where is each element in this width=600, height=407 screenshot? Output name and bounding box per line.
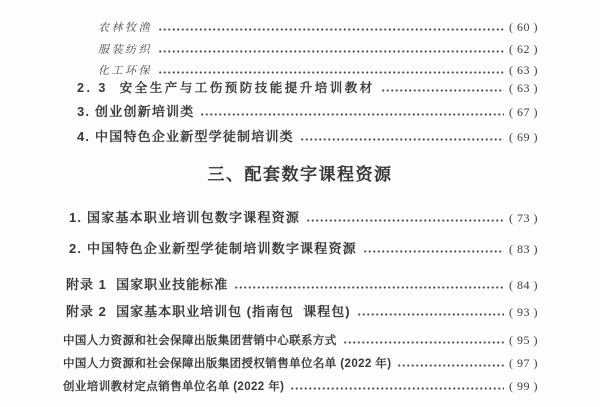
toc-entry: 3. 创业创新培训类 ( 67 ) [77, 105, 538, 118]
toc-page-number: ( 69 ) [509, 131, 538, 143]
toc-page-number: ( 99 ) [509, 380, 538, 392]
toc-entry-label: 1. 国家基本职业培训包数字课程资源 [69, 211, 300, 224]
toc-entry-label: 服装纺织 [98, 45, 152, 56]
toc-entry-label: 2. 3 安全生产与工伤预防技能提升培训教材 [77, 82, 375, 95]
toc-entry-label: 中国人力资源和社会保障出版集团营销中心联系方式 [63, 336, 337, 348]
toc-entry: 附录 1 国家职业技能标准 ( 84 ) [66, 278, 538, 291]
toc-leader-dots [234, 286, 504, 289]
toc-leader-dots [158, 50, 504, 53]
toc-leader-dots [363, 250, 504, 253]
toc-entry: 化工环保 ( 63 ) [98, 64, 538, 77]
toc-leader-dots [158, 71, 504, 74]
toc-leader-dots [200, 113, 504, 116]
toc-page-number: ( 95 ) [509, 334, 538, 346]
toc-page-number: ( 84 ) [509, 279, 538, 291]
toc-entry-label: 附录 2 国家基本职业培训包 (指南包 课程包) [66, 305, 351, 318]
toc-entry-label: 创业培训教材定点销售单位名单 (2022 年) [63, 382, 284, 394]
toc-leader-dots [306, 219, 504, 222]
toc-entry: 中国人力资源和社会保障出版集团授权销售单位名单 (2022 年) ( 97 ) [63, 357, 538, 371]
toc-page-number: ( 67 ) [509, 106, 538, 118]
toc-entry-label: 附录 1 国家职业技能标准 [66, 278, 228, 291]
section-heading: 三、配套数字课程资源 [0, 165, 600, 185]
toc-entry: 创业培训教材定点销售单位名单 (2022 年) ( 99 ) [63, 380, 538, 394]
toc-entry: 服装纺织 ( 62 ) [98, 43, 538, 56]
toc-entry: 2. 中国特色企业新型学徒制培训数字课程资源 ( 83 ) [69, 242, 538, 255]
toc-entry-label: 农林牧渔 [98, 23, 152, 34]
toc-leader-dots [290, 387, 504, 390]
toc-entry: 附录 2 国家基本职业培训包 (指南包 课程包) ( 93 ) [66, 305, 538, 318]
toc-leader-dots [158, 28, 504, 31]
toc-leader-dots [300, 138, 504, 141]
toc-entry: 2. 3 安全生产与工伤预防技能提升培训教材 ( 63 ) [77, 82, 538, 95]
toc-page-number: ( 62 ) [509, 43, 538, 55]
toc-page-number: ( 60 ) [509, 21, 538, 33]
toc-page-number: ( 63 ) [509, 82, 538, 94]
toc-entry: 4. 中国特色企业新型学徒制培训类 ( 69 ) [77, 130, 538, 143]
toc-page-number: ( 83 ) [509, 243, 538, 255]
toc-leader-dots [357, 313, 504, 316]
toc-entry: 中国人力资源和社会保障出版集团营销中心联系方式 ( 95 ) [63, 334, 538, 348]
toc-entry-label: 4. 中国特色企业新型学徒制培训类 [77, 130, 294, 143]
toc-leader-dots [397, 364, 504, 367]
toc-entry: 1. 国家基本职业培训包数字课程资源 ( 73 ) [69, 211, 538, 224]
toc-entry: 农林牧渔 ( 60 ) [98, 21, 538, 34]
toc-page-number: ( 63 ) [509, 64, 538, 76]
toc-page-number: ( 73 ) [509, 212, 538, 224]
document-page: 农林牧渔 ( 60 ) 服装纺织 ( 62 ) 化工环保 ( 63 ) 2. 3… [0, 0, 600, 407]
toc-entry-label: 2. 中国特色企业新型学徒制培训数字课程资源 [69, 242, 357, 255]
toc-leader-dots [343, 341, 504, 344]
toc-entry-label: 化工环保 [98, 66, 152, 77]
toc-leader-dots [381, 89, 504, 92]
toc-page-number: ( 93 ) [509, 306, 538, 318]
toc-entry-label: 中国人力资源和社会保障出版集团授权销售单位名单 (2022 年) [63, 359, 391, 371]
toc-entry-label: 3. 创业创新培训类 [77, 105, 194, 118]
toc-page-number: ( 97 ) [509, 357, 538, 369]
